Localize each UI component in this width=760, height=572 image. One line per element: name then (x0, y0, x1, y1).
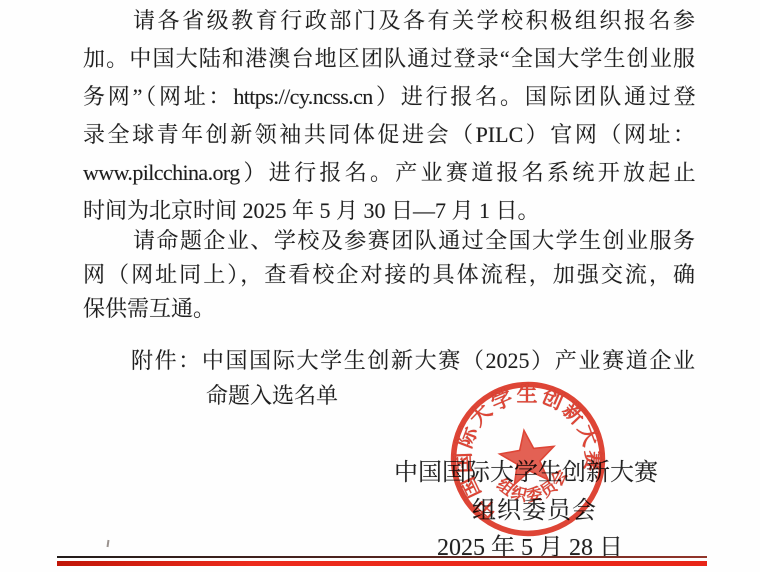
paragraph-registration: 请各省级教育行政部门及各有关学校积极组织报名参 加。中国大陆和港澳台地区团队通过… (83, 2, 695, 230)
divider-line-red (57, 561, 707, 566)
body-line: 请命题企业、学校及参赛团队通过全国大学生创业服务 (83, 224, 695, 258)
divider-line-thin (57, 556, 707, 558)
attachment-note: 附件：中国国际大学生创新大赛（2025）产业赛道企业 命题入选名单 (83, 343, 695, 413)
paragraph-matchmaking: 请命题企业、学校及参赛团队通过全国大学生创业服务 网（网址同上），查看校企对接的… (83, 224, 695, 326)
scan-speck (107, 540, 110, 547)
attachment-line: 命题入选名单 (83, 378, 695, 413)
body-line: 网（网址同上），查看校企对接的具体流程，加强交流，确 (83, 258, 695, 292)
document-page: 请各省级教育行政部门及各有关学校积极组织报名参 加。中国大陆和港澳台地区团队通过… (0, 0, 760, 572)
body-line: www.pilcchina.org）进行报名。产业赛道报名系统开放起止 (83, 154, 695, 192)
body-line: 务网”（网址：https://cy.ncss.cn）进行报名。国际团队通过登 (83, 78, 695, 116)
attachment-line: 附件：中国国际大学生创新大赛（2025）产业赛道企业 (83, 343, 695, 378)
body-line: 保供需互通。 (83, 292, 695, 326)
body-line: 加。中国大陆和港澳台地区团队通过登录“全国大学生创业服 (83, 40, 695, 78)
star-icon (497, 427, 558, 486)
official-seal: 中国国际大学生创新大赛 组织委员会 (437, 369, 620, 550)
body-line: 录全球青年创新领袖共同体促进会（PILC）官网（网址： (83, 116, 695, 154)
body-line: 请各省级教育行政部门及各有关学校积极组织报名参 (83, 2, 695, 40)
